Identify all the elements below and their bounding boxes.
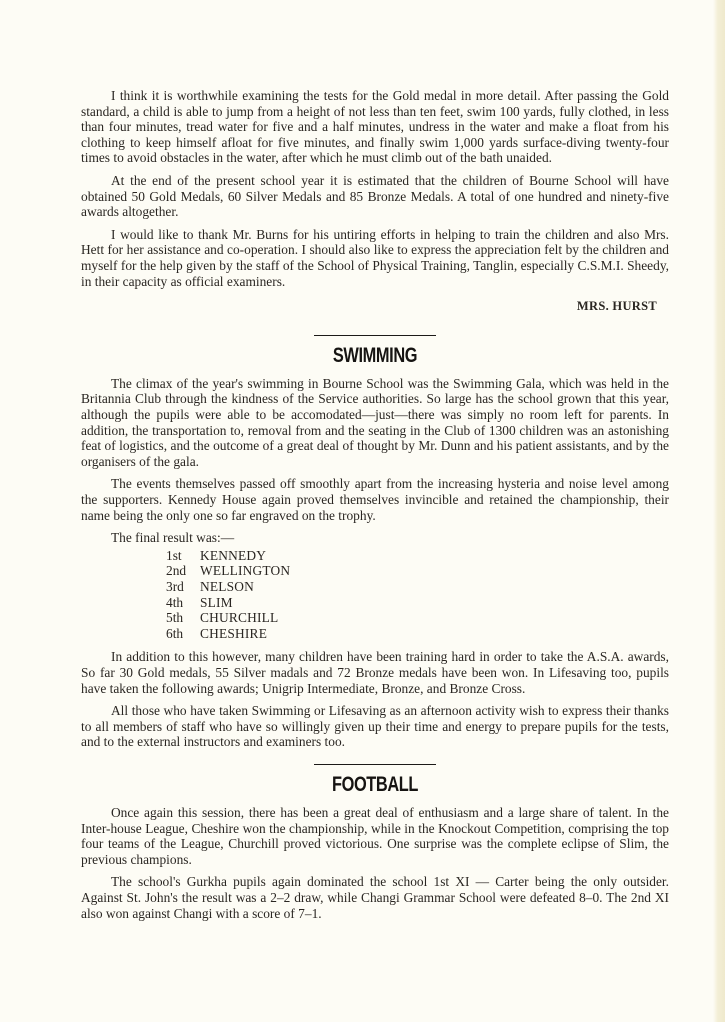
result-row: 1st KENNEDY	[166, 548, 669, 564]
results-intro: The final result was:—	[81, 530, 669, 546]
section-heading-football: FOOTBALL	[146, 777, 605, 793]
result-house: CHURCHILL	[200, 610, 278, 626]
result-house: KENNEDY	[200, 548, 266, 564]
result-row: 3rd NELSON	[166, 579, 669, 595]
result-position: 2nd	[166, 563, 200, 579]
paragraph: Once again this session, there has been …	[81, 805, 669, 867]
section-divider	[314, 764, 436, 766]
result-position: 4th	[166, 595, 200, 611]
gold-medal-section: I think it is worthwhile examining the t…	[81, 88, 669, 315]
page-edge-shadow	[713, 0, 725, 1022]
paragraph: At the end of the present school year it…	[81, 173, 669, 220]
paragraph: The climax of the year's swimming in Bou…	[81, 376, 669, 470]
swimming-section: SWIMMING The climax of the year's swimmi…	[81, 335, 669, 750]
result-row: 6th CHESHIRE	[166, 626, 669, 642]
paragraph: The events themselves passed off smoothl…	[81, 476, 669, 523]
paragraph: The school's Gurkha pupils again dominat…	[81, 874, 669, 921]
paragraph: I think it is worthwhile examining the t…	[81, 88, 669, 166]
result-position: 5th	[166, 610, 200, 626]
result-house: WELLINGTON	[200, 563, 290, 579]
section-heading-swimming: SWIMMING	[146, 348, 605, 364]
section-divider	[314, 335, 436, 337]
result-row: 5th CHURCHILL	[166, 610, 669, 626]
result-row: 4th SLIM	[166, 595, 669, 611]
football-section: FOOTBALL Once again this session, there …	[81, 764, 669, 921]
result-house: SLIM	[200, 595, 233, 611]
document-page: I think it is worthwhile examining the t…	[81, 88, 669, 928]
result-position: 3rd	[166, 579, 200, 595]
result-house: NELSON	[200, 579, 254, 595]
result-position: 6th	[166, 626, 200, 642]
author-signature: MRS. HURST	[81, 299, 657, 315]
paragraph: I would like to thank Mr. Burns for his …	[81, 227, 669, 289]
result-row: 2nd WELLINGTON	[166, 563, 669, 579]
result-position: 1st	[166, 548, 200, 564]
result-house: CHESHIRE	[200, 626, 267, 642]
paragraph: All those who have taken Swimming or Lif…	[81, 703, 669, 750]
paragraph: In addition to this however, many childr…	[81, 649, 669, 696]
results-list: 1st KENNEDY 2nd WELLINGTON 3rd NELSON 4t…	[166, 548, 669, 642]
